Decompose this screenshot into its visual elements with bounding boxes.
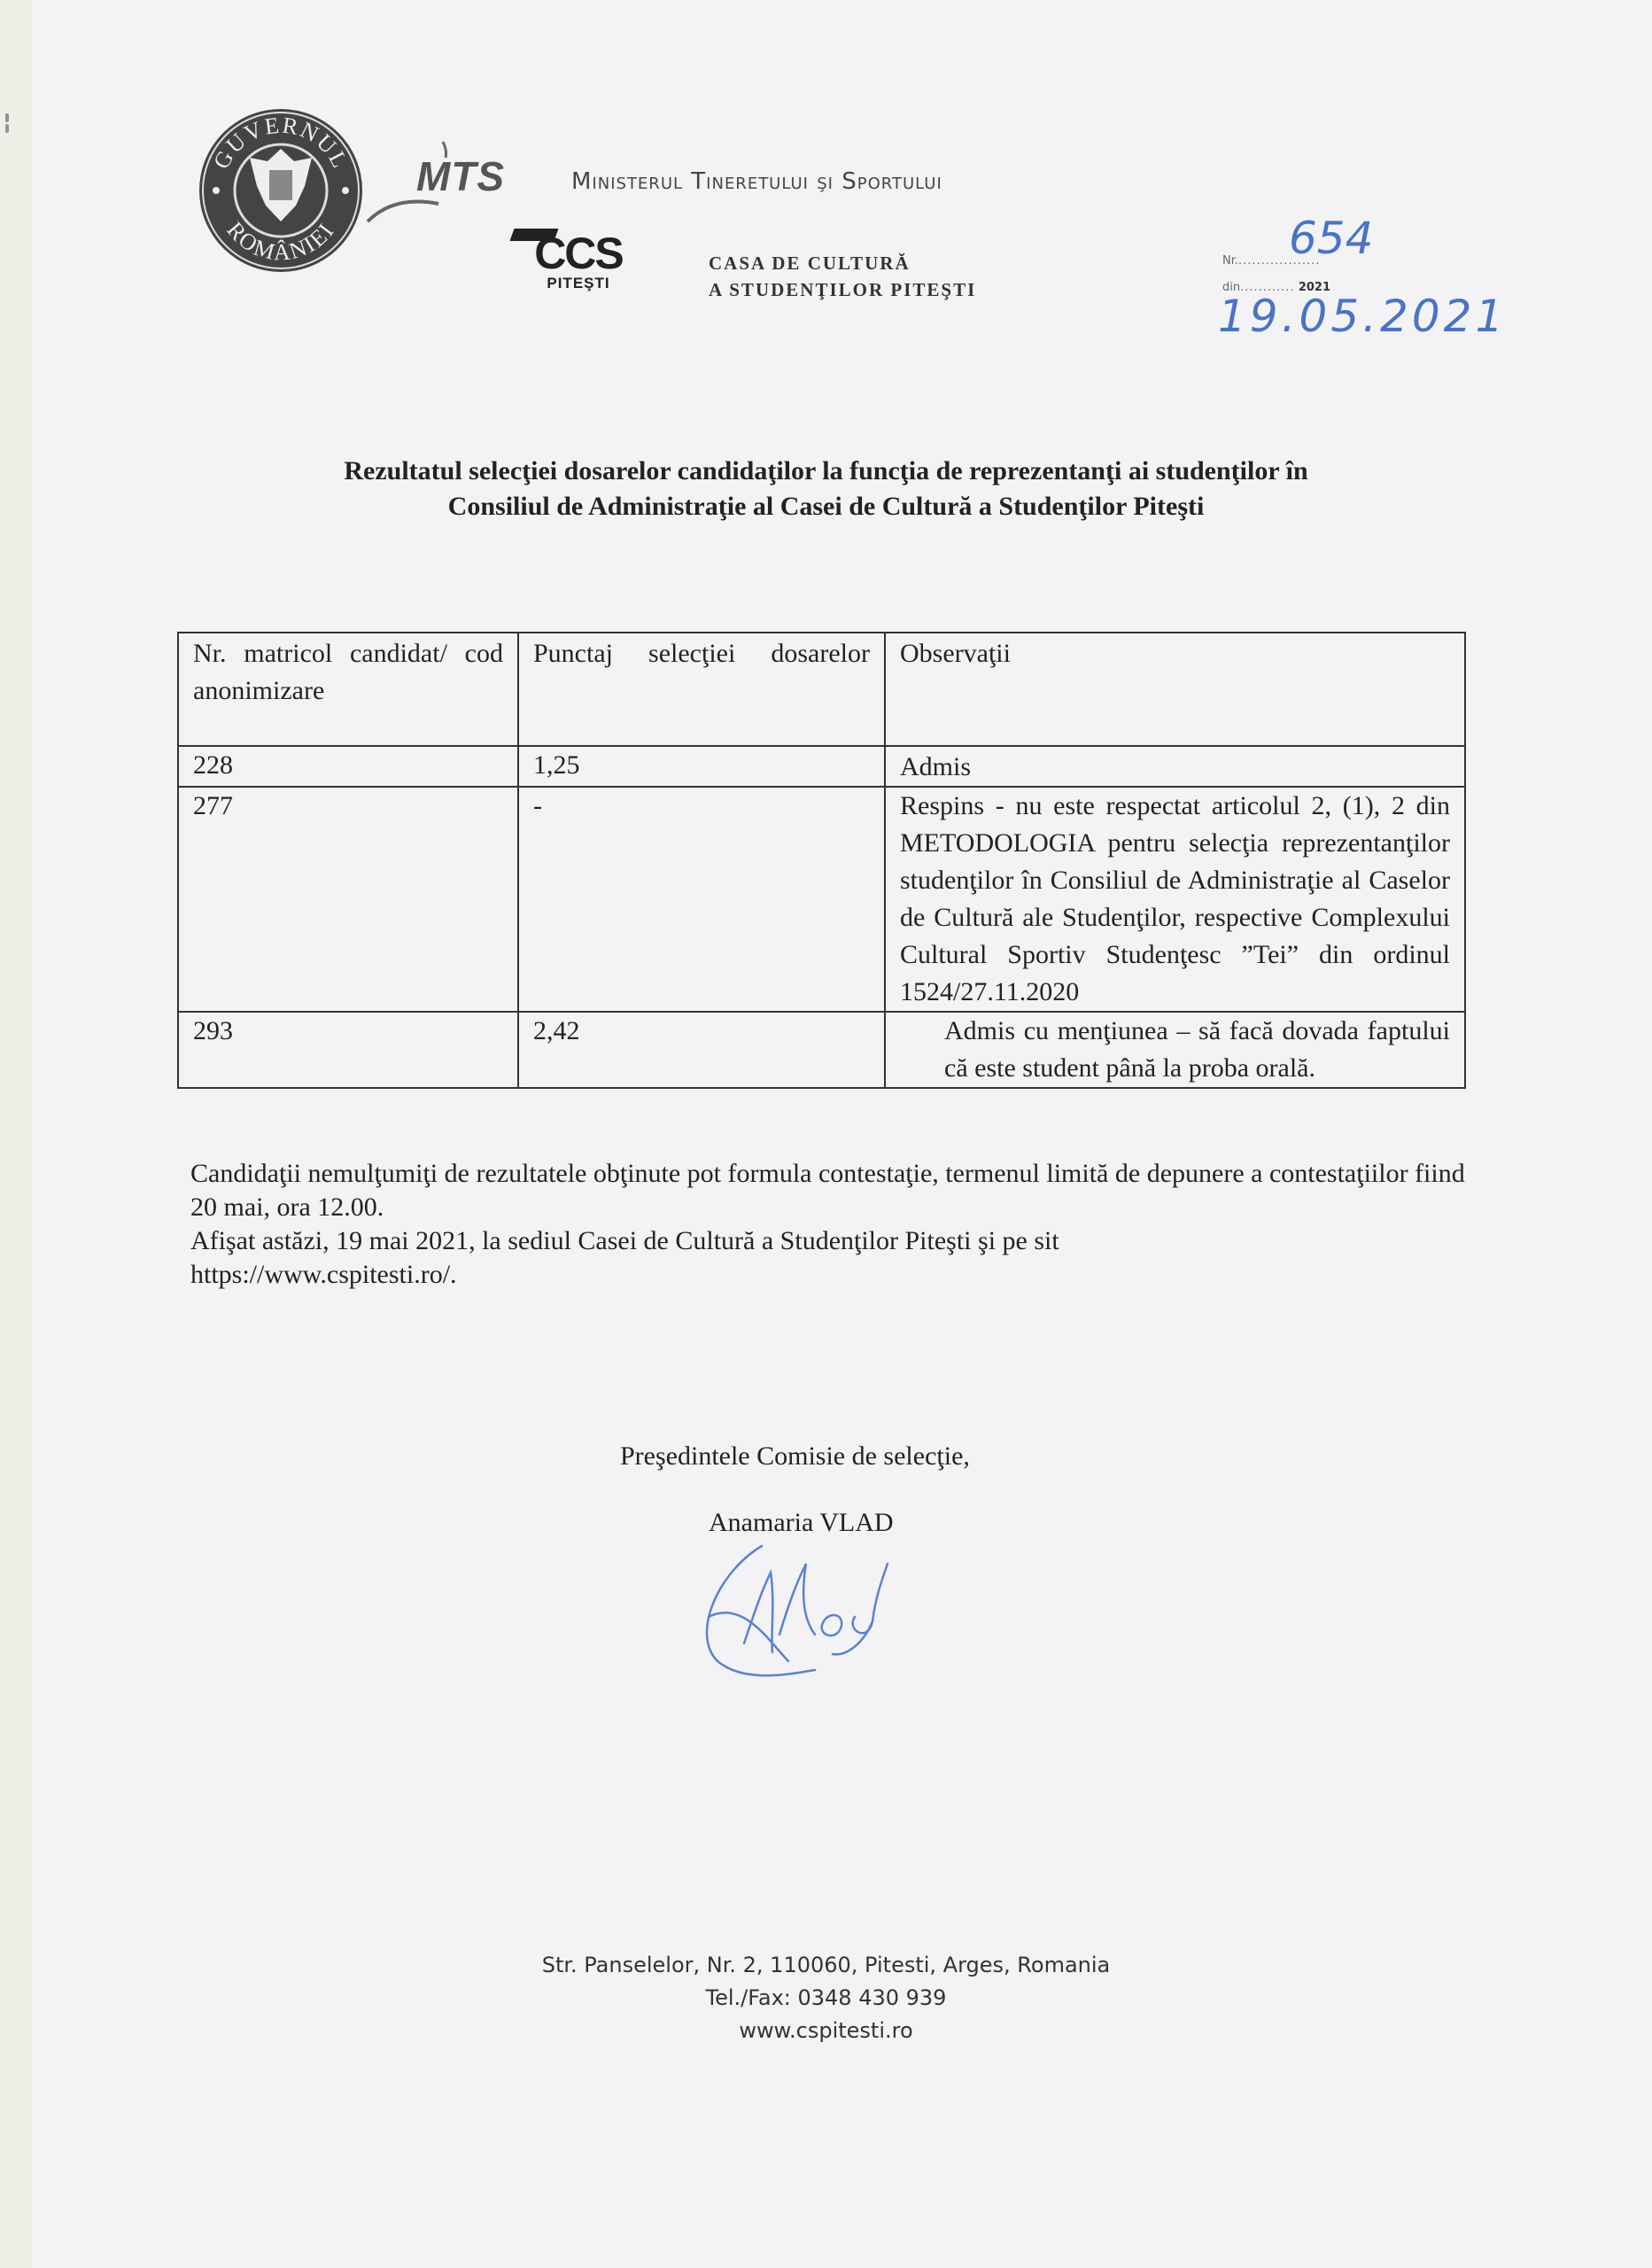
ministry-name: Ministerul Tineretului şi Sportului: [571, 168, 942, 195]
document-title: Rezultatul selecţiei dosarelor candidaţi…: [177, 454, 1475, 524]
signatory-name: Anamaria VLAD: [709, 1508, 894, 1538]
cell-candidate-id: 277: [178, 787, 518, 1012]
header-candidate-id: Nr. matricol candidat/ cod anonimizare: [178, 633, 518, 746]
contest-note: Candidaţii nemulţumiţi de rezultatele ob…: [190, 1157, 1466, 1224]
mts-logo: MTS: [416, 152, 505, 200]
table-header-row: Nr. matricol candidat/ cod anonimizare P…: [178, 633, 1465, 746]
footer: Str. Panselelor, Nr. 2, 110060, Pitesti,…: [354, 1949, 1298, 2047]
ccs-logo-city: PITEŞTI: [512, 275, 645, 292]
cell-score: 2,42: [518, 1012, 885, 1088]
table-row: 293 2,42 Admis cu menţiunea – să facă do…: [178, 1012, 1465, 1088]
title-line-1: Rezultatul selecţiei dosarelor candidaţi…: [177, 454, 1475, 489]
header-observations: Observaţii: [885, 633, 1465, 746]
title-line-2: Consiliul de Administraţie al Casei de C…: [177, 489, 1475, 524]
table-row: 277 - Respins - nu este respectat artico…: [178, 787, 1465, 1012]
table-row: 228 1,25 Admis: [178, 746, 1465, 787]
cell-candidate-id: 228: [178, 746, 518, 787]
handwritten-registration-number: 654: [1289, 213, 1373, 264]
cell-observation: Respins - nu este respectat articolul 2,…: [885, 787, 1465, 1012]
scan-mark: [5, 124, 9, 133]
handwritten-signature-icon: [691, 1537, 939, 1688]
scan-mark: [5, 113, 9, 122]
signatory-role: Preşedintele Comisie de selecţie,: [620, 1441, 970, 1472]
cell-score: 1,25: [518, 746, 885, 787]
header-score: Punctaj selecţiei dosarelor: [518, 633, 885, 746]
cell-score: -: [518, 787, 885, 1012]
cell-observation: Admis: [885, 746, 1465, 787]
cell-observation: Admis cu menţiunea – să facă dovada fapt…: [885, 1012, 1465, 1088]
notes-block: Candidaţii nemulţumiţi de rezultatele ob…: [190, 1157, 1466, 1292]
institution-name: CASA DE CULTURĂ A STUDENŢILOR PITEŞTI: [709, 250, 976, 303]
posted-note: Afişat astăzi, 19 mai 2021, la sediul Ca…: [190, 1224, 1236, 1292]
nr-label: Nr.: [1222, 254, 1238, 268]
institution-line-1: CASA DE CULTURĂ: [709, 250, 976, 276]
footer-phone: Tel./Fax: 0348 430 939: [354, 1982, 1298, 2015]
institution-line-2: A STUDENŢILOR PITEŞTI: [709, 276, 976, 303]
scan-edge: [0, 0, 32, 2268]
handwritten-date: 19.05.2021: [1218, 291, 1507, 342]
footer-address: Str. Panselelor, Nr. 2, 110060, Pitesti,…: [354, 1949, 1298, 1982]
footer-website: www.cspitesti.ro: [354, 2015, 1298, 2047]
cell-candidate-id: 293: [178, 1012, 518, 1088]
government-seal-icon: GUVERNUL ROMÂNIEI: [197, 106, 365, 275]
ccs-logo: CCS PITEŞTI: [512, 232, 645, 292]
results-table: Nr. matricol candidat/ cod anonimizare P…: [177, 632, 1466, 1089]
ccs-logo-text: CCS: [512, 232, 645, 275]
